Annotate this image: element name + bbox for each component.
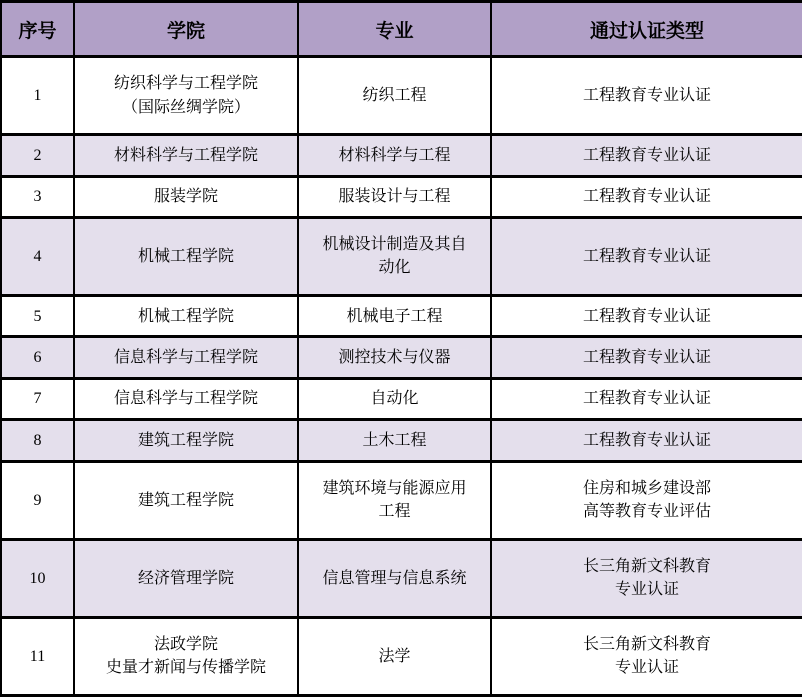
table-row: 3 服装学院 服装设计与工程 工程教育专业认证 — [1, 176, 802, 217]
cell-major: 机械设计制造及其自 动化 — [298, 217, 491, 295]
cell-cert: 工程教育专业认证 — [491, 135, 802, 176]
table-row: 7 信息科学与工程学院 自动化 工程教育专业认证 — [1, 378, 802, 419]
cell-cert: 工程教育专业认证 — [491, 337, 802, 378]
header-cell-no: 序号 — [1, 2, 74, 57]
table-header: 序号 学院 专业 通过认证类型 — [1, 2, 802, 57]
cell-cert: 工程教育专业认证 — [491, 176, 802, 217]
cell-major: 测控技术与仪器 — [298, 337, 491, 378]
cell-major: 服装设计与工程 — [298, 176, 491, 217]
table-row: 10 经济管理学院 信息管理与信息系统 长三角新文科教育 专业认证 — [1, 539, 802, 617]
header-cell-major: 专业 — [298, 2, 491, 57]
cell-major: 法学 — [298, 617, 491, 695]
cell-no: 2 — [1, 135, 74, 176]
cell-cert: 工程教育专业认证 — [491, 296, 802, 337]
cell-no: 10 — [1, 539, 74, 617]
cell-college: 经济管理学院 — [74, 539, 298, 617]
table-row: 1 纺织科学与工程学院 （国际丝绸学院） 纺织工程 工程教育专业认证 — [1, 57, 802, 135]
table-row: 5 机械工程学院 机械电子工程 工程教育专业认证 — [1, 296, 802, 337]
table-row: 4 机械工程学院 机械设计制造及其自 动化 工程教育专业认证 — [1, 217, 802, 295]
cell-no: 6 — [1, 337, 74, 378]
table-row: 8 建筑工程学院 土木工程 工程教育专业认证 — [1, 420, 802, 461]
cell-major: 纺织工程 — [298, 57, 491, 135]
cell-no: 5 — [1, 296, 74, 337]
cell-college: 信息科学与工程学院 — [74, 378, 298, 419]
header-cell-cert: 通过认证类型 — [491, 2, 802, 57]
cell-no: 11 — [1, 617, 74, 695]
cell-major: 信息管理与信息系统 — [298, 539, 491, 617]
header-row: 序号 学院 专业 通过认证类型 — [1, 2, 802, 57]
cell-no: 7 — [1, 378, 74, 419]
cell-cert: 工程教育专业认证 — [491, 378, 802, 419]
cell-no: 8 — [1, 420, 74, 461]
cell-college: 机械工程学院 — [74, 296, 298, 337]
table-row: 11 法政学院 史量才新闻与传播学院 法学 长三角新文科教育 专业认证 — [1, 617, 802, 695]
table-body: 1 纺织科学与工程学院 （国际丝绸学院） 纺织工程 工程教育专业认证 2 材料科… — [1, 57, 802, 696]
cell-major: 机械电子工程 — [298, 296, 491, 337]
cell-cert: 长三角新文科教育 专业认证 — [491, 617, 802, 695]
cell-major: 土木工程 — [298, 420, 491, 461]
cell-college: 建筑工程学院 — [74, 461, 298, 539]
accreditation-table: 序号 学院 专业 通过认证类型 1 纺织科学与工程学院 （国际丝绸学院） 纺织工… — [0, 0, 802, 697]
cell-no: 1 — [1, 57, 74, 135]
table-row: 6 信息科学与工程学院 测控技术与仪器 工程教育专业认证 — [1, 337, 802, 378]
cell-cert: 工程教育专业认证 — [491, 420, 802, 461]
cell-cert: 工程教育专业认证 — [491, 57, 802, 135]
cell-no: 4 — [1, 217, 74, 295]
cell-cert: 工程教育专业认证 — [491, 217, 802, 295]
header-cell-college: 学院 — [74, 2, 298, 57]
cell-no: 3 — [1, 176, 74, 217]
cell-college: 服装学院 — [74, 176, 298, 217]
cell-no: 9 — [1, 461, 74, 539]
cell-college: 法政学院 史量才新闻与传播学院 — [74, 617, 298, 695]
cell-college: 纺织科学与工程学院 （国际丝绸学院） — [74, 57, 298, 135]
accreditation-table-container: 序号 学院 专业 通过认证类型 1 纺织科学与工程学院 （国际丝绸学院） 纺织工… — [0, 0, 802, 697]
cell-college: 材料科学与工程学院 — [74, 135, 298, 176]
cell-college: 建筑工程学院 — [74, 420, 298, 461]
cell-cert: 长三角新文科教育 专业认证 — [491, 539, 802, 617]
cell-cert: 住房和城乡建设部 高等教育专业评估 — [491, 461, 802, 539]
cell-major: 自动化 — [298, 378, 491, 419]
cell-major: 建筑环境与能源应用 工程 — [298, 461, 491, 539]
cell-college: 信息科学与工程学院 — [74, 337, 298, 378]
table-row: 2 材料科学与工程学院 材料科学与工程 工程教育专业认证 — [1, 135, 802, 176]
cell-major: 材料科学与工程 — [298, 135, 491, 176]
cell-college: 机械工程学院 — [74, 217, 298, 295]
table-row: 9 建筑工程学院 建筑环境与能源应用 工程 住房和城乡建设部 高等教育专业评估 — [1, 461, 802, 539]
